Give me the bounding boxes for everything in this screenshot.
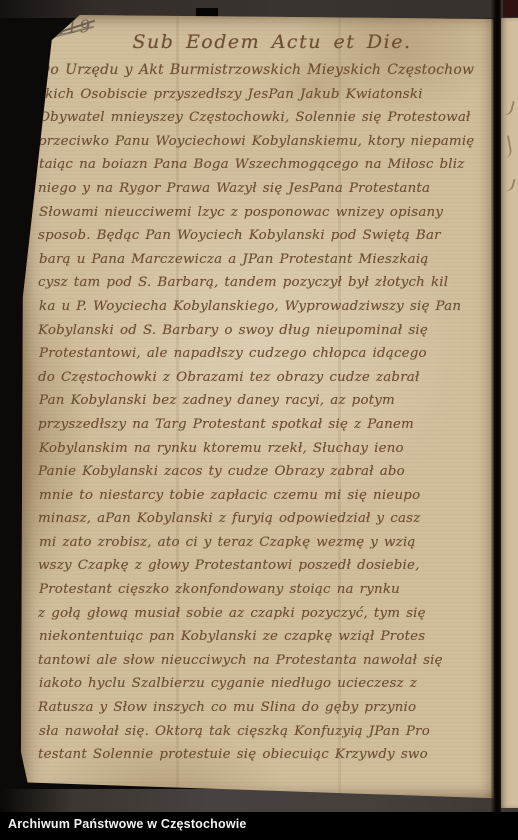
- watermark-bar: Archiwum Państwowe w Częstochowie: [0, 812, 518, 840]
- binding-corner: [503, 0, 518, 17]
- manuscript-page: 219 208 Sub Eodem Actu et Die. Do Urzędu…: [20, 15, 494, 799]
- document-title: Sub Eodem Actu et Die.: [80, 31, 464, 53]
- manuscript-line: skich Osobiscie przyszedłszy JesPan Jaku…: [38, 83, 483, 107]
- manuscript-line: niekontentuiąc pan Kobylanski ze czapkę …: [39, 625, 484, 649]
- adjacent-page-edge: [500, 18, 518, 808]
- manuscript-line: z gołą głową musiał sobie az czapki pozy…: [38, 602, 483, 626]
- manuscript-line: przyszedłszy na Targ Protestant spotkał …: [38, 413, 483, 437]
- manuscript-line: cysz tam pod S. Barbarą, tandem pozyczył…: [38, 271, 483, 295]
- manuscript-line: Ratusza y Słow inszych co mu Slina do gę…: [38, 696, 483, 720]
- manuscript-line: sposob. Będąc Pan Woyciech Kobylanski po…: [38, 224, 483, 248]
- ink-fragment: [503, 177, 515, 193]
- ink-fragment: [500, 135, 513, 158]
- manuscript-line: Obywatel mnieyszey Częstochowki, Solenni…: [39, 106, 484, 130]
- manuscript-line: Protestantowi, ale napadłszy cudzego chł…: [39, 342, 484, 366]
- manuscript-line: iakoto hyclu Szalbierzu cyganie niedługo…: [39, 672, 484, 696]
- archival-page-number: 208: [20, 71, 47, 89]
- archive-watermark: Archiwum Państwowe w Częstochowie: [8, 817, 247, 831]
- manuscript-line: testant Solennie protestuie się obiecuią…: [38, 743, 483, 767]
- archival-document-photo: 219 208 Sub Eodem Actu et Die. Do Urzędu…: [0, 0, 518, 840]
- manuscript-line: do Częstochowki z Obrazami tez obrazy cu…: [38, 366, 483, 390]
- manuscript-line: wszy Czapkę z głowy Protestantowi poszed…: [38, 554, 483, 578]
- manuscript-line: taiąc na boiazn Pana Boga Wszechmogącego…: [39, 153, 484, 177]
- manuscript-line: tantowi ale słow nieucciwych na Protesta…: [38, 649, 483, 673]
- manuscript-line: Protestant cięszko zkonfondowany stoiąc …: [39, 578, 484, 602]
- background-surface-top: [0, 0, 518, 18]
- manuscript-line: Kobylanskim na rynku ktoremu rzekł, Słuc…: [39, 437, 484, 461]
- manuscript-text: Do Urzędu y Akt Burmistrzowskich Mieyski…: [38, 59, 483, 767]
- manuscript-line: przeciwko Panu Woyciechowi Kobylanskiemu…: [38, 130, 483, 154]
- manuscript-line: sła nawołał się. Oktorą tak cięszką Konf…: [39, 720, 484, 744]
- manuscript-line: minasz, aPan Kobylanski z furyią odpowie…: [38, 507, 483, 531]
- manuscript-line: Kobylanski od S. Barbary o swoy dług nie…: [38, 319, 483, 343]
- manuscript-line: Do Urzędu y Akt Burmistrzowskich Mieyski…: [39, 59, 484, 83]
- manuscript-line: niego y na Rygor Prawa Wazył się JesPana…: [38, 177, 483, 201]
- manuscript-line: mi zato zrobisz, ato ci y teraz Czapkę w…: [39, 531, 484, 555]
- manuscript-line: ka u P. Woyciecha Kobylanskiego, Wyprowa…: [39, 295, 484, 319]
- manuscript-line: Panie Kobylanski zacos ty cudze Obrazy z…: [38, 460, 483, 484]
- manuscript-line: Pan Kobylanski bez zadney daney racyi, a…: [39, 389, 484, 413]
- ink-fragment: [502, 99, 515, 117]
- book-gutter-crease: [491, 0, 501, 812]
- manuscript-line: mnie to niestarcy tobie zapłacic czemu m…: [39, 484, 484, 508]
- manuscript-line: Słowami nieucciwemi lzyc z posponowac wn…: [39, 201, 484, 225]
- manuscript-line: barą u Pana Marczewicza a JPan Protestan…: [39, 248, 484, 272]
